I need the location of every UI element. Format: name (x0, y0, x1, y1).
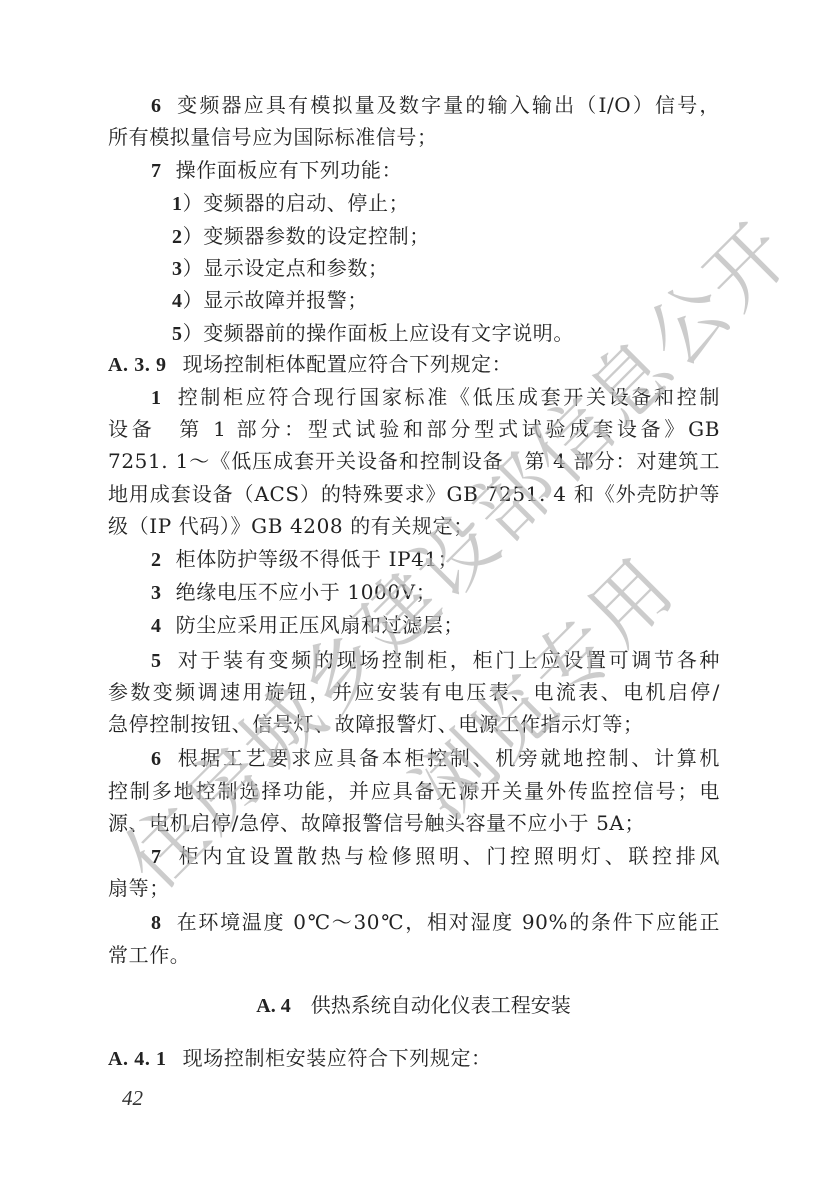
item-number: 3 (151, 582, 162, 604)
sub-item-number: 3 (172, 258, 183, 280)
item-number: 1 (151, 387, 162, 409)
continuation-line: 设备 第 1 部分：型式试验和部分型式试验成套设备》GB (108, 416, 720, 442)
continuation-line: 急停控制按钮、信号灯、故障报警灯、电源工作指示灯等； (108, 711, 720, 737)
item-number: 7 (151, 846, 162, 868)
sub-item-text: ）显示故障并报警； (183, 288, 368, 312)
item-3: 3绝缘电压不应小于 1000V； (151, 579, 720, 606)
sub-item-5: 5）变频器前的操作面板上应设有文字说明。 (172, 320, 720, 347)
item-number: 6 (151, 748, 162, 770)
item-6b: 6根据工艺要求应具备本柜控制、机旁就地控制、计算机 (151, 745, 720, 772)
sub-item-2: 2）变频器参数的设定控制； (172, 223, 720, 250)
item-text: 操作面板应有下列功能： (176, 158, 403, 182)
document-page: 6变频器应具有模拟量及数字量的输入输出（I/O）信号， 所有模拟量信号应为国际标… (0, 0, 827, 1198)
continuation-line: 扇等； (108, 875, 720, 901)
sub-item-text: ）变频器的启动、停止； (183, 191, 410, 215)
sub-item-number: 1 (172, 193, 183, 215)
item-7b: 7柜内宜设置散热与检修照明、门控照明灯、联控排风 (151, 843, 720, 870)
sub-item-text: ）变频器参数的设定控制； (183, 224, 430, 248)
item-text: 柜内宜设置散热与检修照明、门控照明灯、联控排风 (176, 844, 720, 868)
clause-number: A. 4. 1 (108, 1048, 167, 1070)
item-text: 绝缘电压不应小于 1000V； (176, 580, 437, 604)
item-number: 7 (151, 160, 162, 182)
item-8: 8在环境温度 0℃～30℃，相对湿度 90%的条件下应能正 (151, 909, 720, 936)
item-text: 变频器应具有模拟量及数字量的输入输出（I/O）信号， (176, 93, 720, 117)
continuation-line: 常工作。 (108, 942, 720, 968)
item-number: 2 (151, 549, 162, 571)
item-number: 4 (151, 615, 162, 637)
sub-item-text: ）显示设定点和参数； (183, 256, 389, 280)
item-7: 7操作面板应有下列功能： (151, 157, 720, 184)
continuation-line: 7251. 1～《低压成套开关设备和控制设备 第 4 部分：对建筑工 (108, 448, 720, 474)
item-5: 5对于装有变频的现场控制柜，柜门上应设置可调节各种 (151, 647, 720, 674)
item-4: 4防尘应采用正压风扇和过滤层； (151, 612, 720, 639)
item-number: 8 (151, 912, 162, 934)
item-text: 柜体防护等级不得低于 IP41； (176, 547, 459, 571)
item-number: 6 (151, 95, 162, 117)
continuation-line: 所有模拟量信号应为国际标准信号； (108, 124, 720, 150)
continuation-line: 源、电机启停/急停、故障报警信号触头容量不应小于 5A； (108, 810, 720, 836)
item-text: 控制柜应符合现行国家标准《低压成套开关设备和控制 (176, 385, 720, 409)
sub-item-4: 4）显示故障并报警； (172, 287, 720, 314)
sub-item-number: 2 (172, 226, 183, 248)
item-number: 5 (151, 650, 162, 672)
continuation-line: 级（IP 代码）》GB 4208 的有关规定； (108, 513, 720, 539)
item-text: 根据工艺要求应具备本柜控制、机旁就地控制、计算机 (176, 746, 720, 770)
clause-number: A. 3. 9 (108, 354, 167, 376)
continuation-line: 参数变频调速用旋钮，并应安装有电压表、电流表、电机启停/ (108, 679, 720, 705)
clause-text: 现场控制柜安装应符合下列规定： (183, 1046, 492, 1070)
item-text: 在环境温度 0℃～30℃，相对湿度 90%的条件下应能正 (176, 910, 720, 934)
continuation-line: 地用成套设备（ACS）的特殊要求》GB 7251. 4 和《外壳防护等 (108, 481, 720, 507)
clause-a-4-1: A. 4. 1现场控制柜安装应符合下列规定： (108, 1045, 720, 1072)
page-number: 42 (122, 1086, 143, 1111)
item-text: 防尘应采用正压风扇和过滤层； (176, 613, 464, 637)
sub-item-1: 1）变频器的启动、停止； (172, 190, 720, 217)
sub-item-number: 4 (172, 290, 183, 312)
continuation-line: 控制多地控制选择功能，并应具备无源开关量外传监控信号；电 (108, 778, 720, 804)
sub-item-number: 5 (172, 323, 183, 345)
section-number: A. 4 (256, 995, 290, 1017)
item-2: 2柜体防护等级不得低于 IP41； (151, 546, 720, 573)
clause-a-3-9: A. 3. 9现场控制柜体配置应符合下列规定： (108, 351, 720, 378)
item-1: 1控制柜应符合现行国家标准《低压成套开关设备和控制 (151, 384, 720, 411)
item-text: 对于装有变频的现场控制柜，柜门上应设置可调节各种 (176, 648, 720, 672)
clause-text: 现场控制柜体配置应符合下列规定： (183, 352, 513, 376)
section-heading: A. 4供热系统自动化仪表工程安装 (0, 992, 827, 1019)
section-title: 供热系统自动化仪表工程安装 (311, 993, 571, 1017)
sub-item-text: ）变频器前的操作面板上应设有文字说明。 (183, 321, 574, 345)
item-6: 6变频器应具有模拟量及数字量的输入输出（I/O）信号， (151, 92, 720, 119)
sub-item-3: 3）显示设定点和参数； (172, 255, 720, 282)
